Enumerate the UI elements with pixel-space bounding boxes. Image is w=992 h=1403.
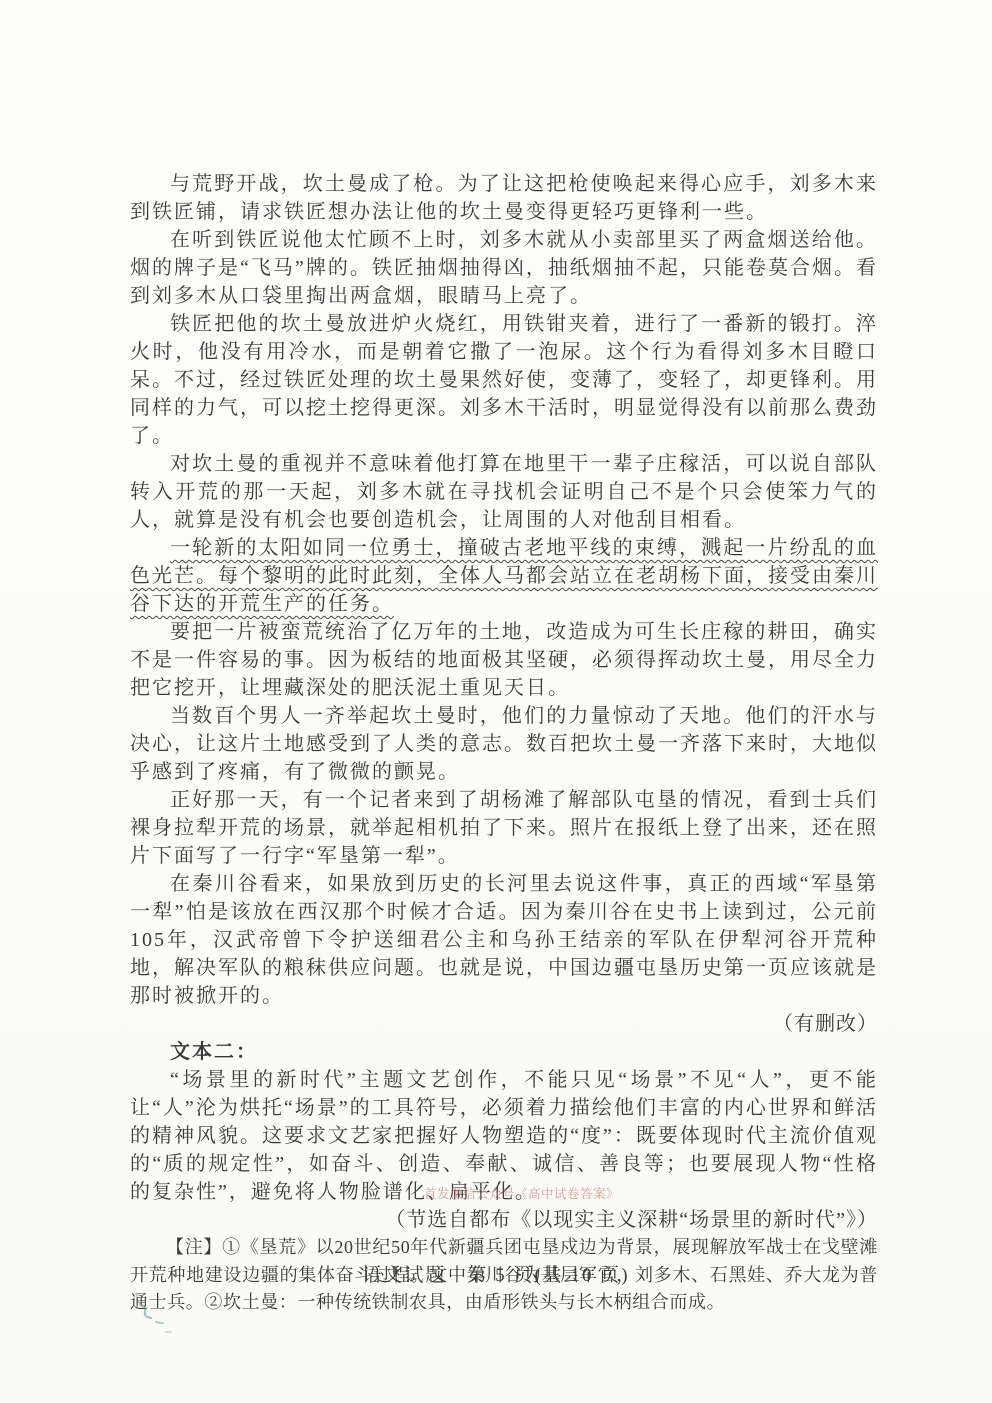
paragraph: 在秦川谷看来，如果放到历史的长河里去说这件事，真正的西域“军垦第一犁”怕是该放在… bbox=[130, 870, 878, 1010]
paragraph: 对坎土曼的重视并不意味着他打算在地里干一辈子庄稼活，可以说自部队转入开荒的那一天… bbox=[130, 450, 878, 534]
wavy-underlined-paragraph: 一轮新的太阳如同一位勇士，撞破古老地平线的束缚，溅起一片纷乱的血色光芒。每个黎明… bbox=[130, 534, 878, 618]
scan-speck bbox=[393, 1266, 396, 1275]
scanned-exam-page: 与荒野开战，坎土曼成了枪。为了让这把枪使唤起来得心应手，刘多木来到铁匠铺，请求铁… bbox=[0, 0, 992, 1403]
ink-scribble-mark bbox=[126, 1288, 190, 1344]
paragraph: 与荒野开战，坎土曼成了枪。为了让这把枪使唤起来得心应手，刘多木来到铁匠铺，请求铁… bbox=[130, 170, 878, 226]
paragraph: 正好那一天，有一个记者来到了胡杨滩了解部队屯垦的情况，看到士兵们裸身拉犁开荒的场… bbox=[130, 786, 878, 870]
paragraph: 铁匠把他的坎土曼放进炉火烧红，用铁钳夹着，进行了一番新的锻打。淬火时，他没有用冷… bbox=[130, 310, 878, 450]
text-two-heading: 文本二： bbox=[130, 1038, 878, 1066]
text-one-section: 与荒野开战，坎土曼成了枪。为了让这把枪使唤起来得心应手，刘多木来到铁匠铺，请求铁… bbox=[130, 170, 878, 1038]
paragraph: 在听到铁匠说他太忙顾不上时，刘多木就从小卖部里买了两盒烟送给他。烟的牌子是“飞马… bbox=[130, 226, 878, 310]
attribution-deleted-note: （有删改） bbox=[130, 1010, 878, 1038]
page-footer: 语文试题 第 5 页(共 10 页) bbox=[0, 1260, 992, 1287]
attribution-source: （节选自都布《以现实主义深耕“场景里的新时代”》） bbox=[130, 1206, 878, 1234]
paragraph: 当数百个男人一齐举起坎土曼时，他们的力量惊动了天地。他们的汗水与决心，让这片土地… bbox=[130, 702, 878, 786]
text-two-section: 文本二： “场景里的新时代”主题文艺创作，不能只见“场景”不见“人”，更不能让“… bbox=[130, 1038, 878, 1234]
page-body-text: 与荒野开战，坎土曼成了枪。为了让这把枪使唤起来得心应手，刘多木来到铁匠铺，请求铁… bbox=[130, 170, 878, 1317]
paragraph: “场景里的新时代”主题文艺创作，不能只见“场景”不见“人”，更不能让“人”沦为烘… bbox=[130, 1066, 878, 1206]
paragraph: 要把一片被蛮荒统治了亿万年的土地，改造成为可生长庄稼的耕田，确实不是一件容易的事… bbox=[130, 618, 878, 702]
